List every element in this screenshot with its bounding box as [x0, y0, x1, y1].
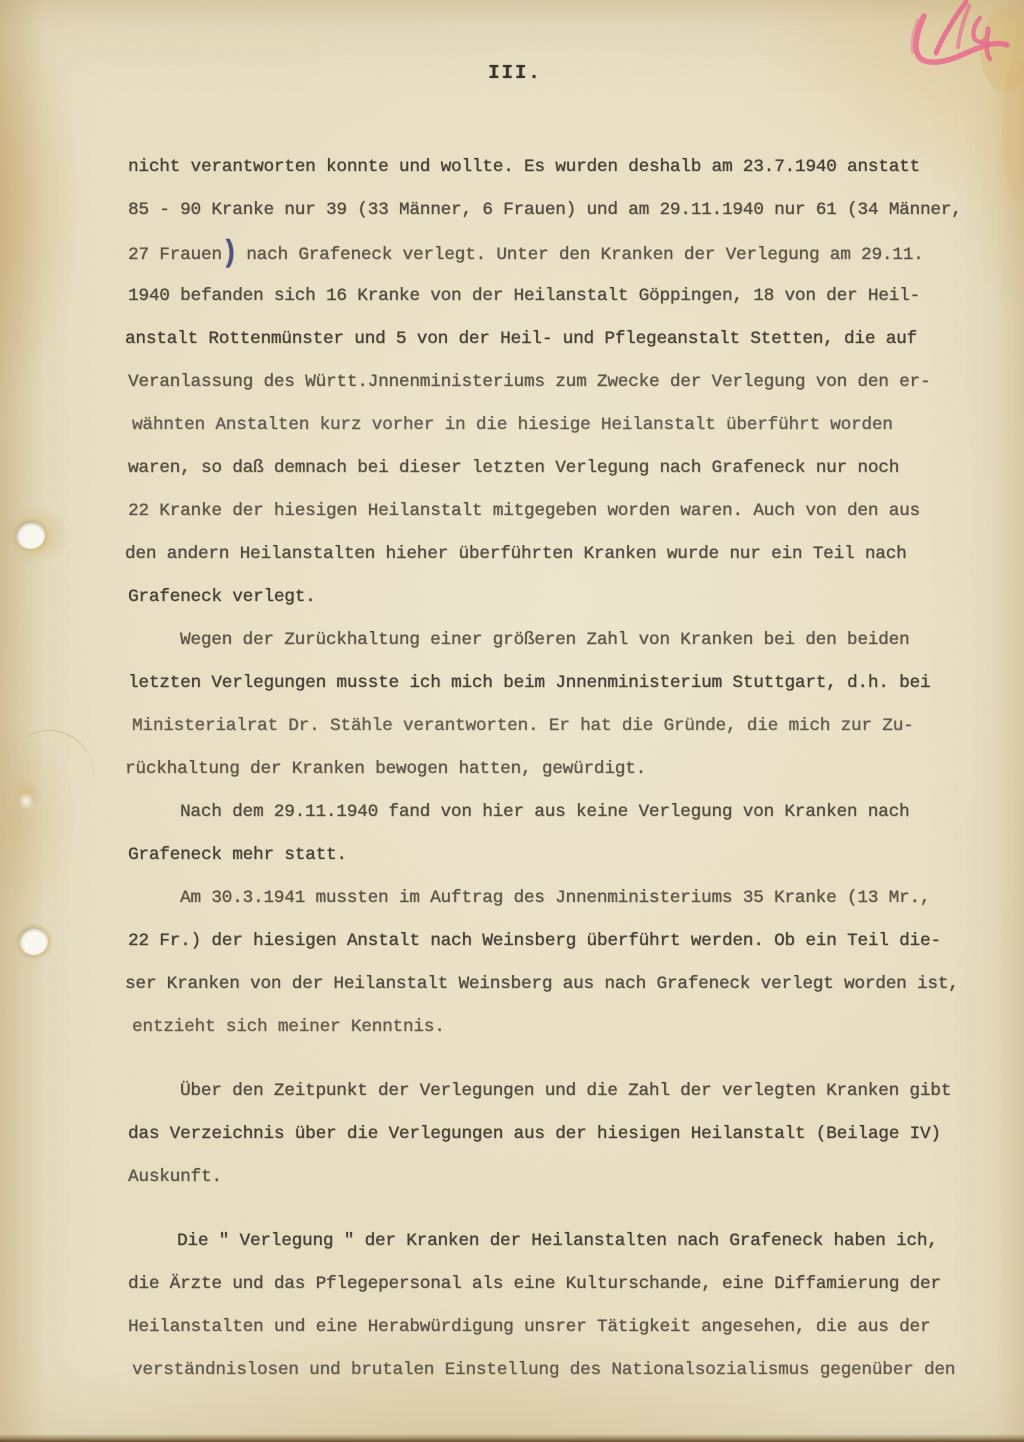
text-line: rückhaltung der Kranken bewogen hatten, … — [125, 748, 1013, 791]
text-line: waren, so daß demnach bei dieser letzten… — [128, 447, 1016, 490]
text-line: entzieht sich meiner Kenntnis. — [132, 1006, 1020, 1049]
text-line: Die " Verlegung " der Kranken der Heilan… — [125, 1220, 1013, 1263]
text-line: Nach dem 29.11.1940 fand von hier aus ke… — [128, 791, 1016, 834]
text-line: Veranlassung des Württ.Jnnenministeriums… — [128, 361, 1016, 404]
text-line: wähnten Anstalten kurz vorher in die hie… — [132, 404, 1020, 447]
text-line: Grafeneck verlegt. — [128, 576, 1016, 619]
punch-hole — [16, 521, 45, 549]
text-line: das Verzeichnis über die Verlegungen aus… — [128, 1113, 1016, 1156]
text-line: den andern Heilanstalten hieher überführ… — [125, 533, 1013, 576]
text-line: 22 Fr.) der hiesigen Anstalt nach Weinsb… — [128, 920, 1016, 963]
text-line: Am 30.3.1941 mussten im Auftrag des Jnne… — [128, 877, 1016, 920]
text-line: Ministerialrat Dr. Stähle verantworten. … — [132, 705, 1020, 748]
text-line: Grafeneck mehr statt. — [128, 834, 1016, 877]
text-line: letzten Verlegungen musste ich mich beim… — [128, 662, 1016, 705]
text-line: Heilanstalten und eine Herabwürdigung un… — [128, 1306, 1016, 1349]
paper-crease — [0, 718, 106, 832]
text-line: Über den Zeitpunkt der Verlegungen und d… — [128, 1070, 1016, 1113]
typewritten-text: nach Grafeneck verlegt. Unter den Kranke… — [236, 245, 924, 265]
text-line: verständnislosen und brutalen Einstellun… — [132, 1349, 1020, 1392]
text-line: nicht verantworten konnte und wollte. Es… — [128, 146, 1016, 189]
text-line: 22 Kranke der hiesigen Heilanstalt mitge… — [128, 490, 1016, 533]
text-line: die Ärzte und das Pflegepersonal als ein… — [128, 1263, 1016, 1306]
text-line: 85 - 90 Kranke nur 39 (33 Männer, 6 Frau… — [128, 189, 1016, 232]
text-line: anstalt Rottenmünster und 5 von der Heil… — [125, 318, 1013, 361]
text-line: 1940 befanden sich 16 Kranke von der Hei… — [128, 275, 1016, 318]
typewritten-text: 27 Frauen — [128, 245, 222, 265]
text-lines: nicht verantworten konnte und wollte. Es… — [128, 146, 1016, 1392]
punch-hole — [19, 927, 48, 955]
page-bottom-edge — [0, 1434, 1024, 1442]
text-line: 27 Frauen) nach Grafeneck verlegt. Unter… — [128, 232, 1016, 275]
pencil-strokes — [912, 2, 1007, 62]
page-heading: III. — [0, 62, 1024, 84]
text-line: ser Kranken von der Heilanstalt Weinsber… — [125, 963, 1013, 1006]
text-line: Wegen der Zurückhaltung einer größeren Z… — [128, 619, 1016, 662]
handwritten-blue-paren: ) — [222, 230, 236, 279]
document-page: III. nicht verantworten konnte und wollt… — [0, 0, 1024, 1442]
text-line: Auskunft. — [128, 1156, 1016, 1199]
